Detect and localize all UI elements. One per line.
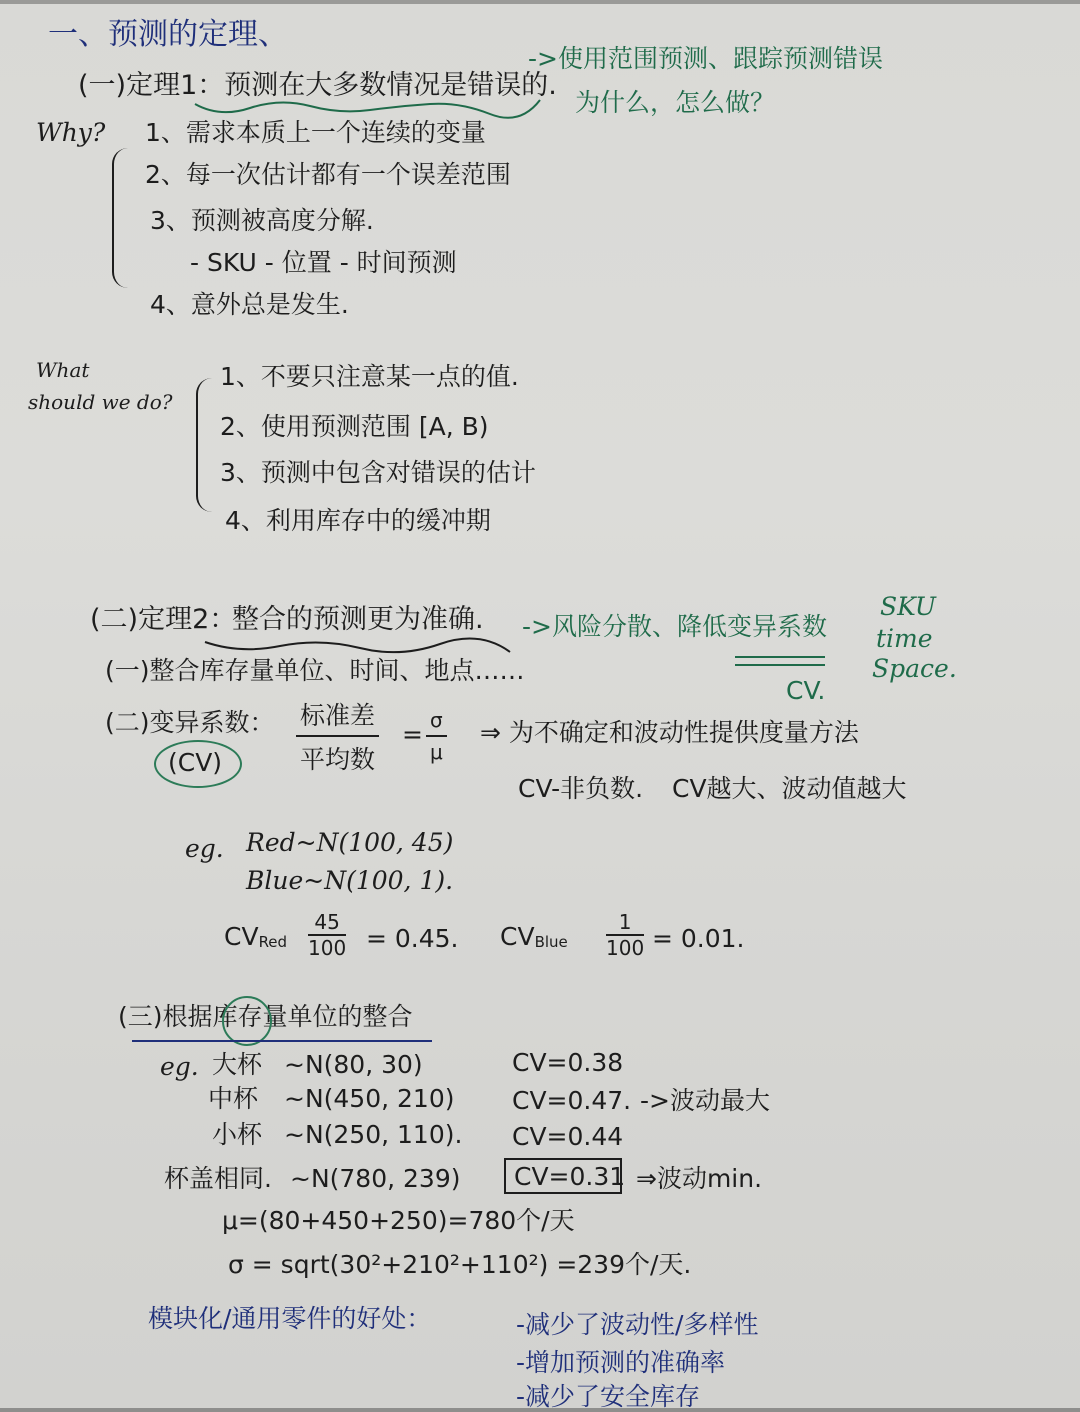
theorem2-main: 整合的预测更为准确. [232, 606, 484, 633]
dimension-sku: SKU [880, 594, 936, 619]
modular-benefit-1: -减少了波动性/多样性 [516, 1312, 758, 1337]
theorem1-side-note-2: 为什么，怎么做？ [575, 90, 775, 115]
modular-label: 模块化/通用零件的好处： [148, 1306, 431, 1331]
what-item-4: 4、利用库存中的缓冲期 [225, 508, 491, 533]
mu-calculation: μ=(80+450+250)=780个/天 [222, 1208, 575, 1233]
theorem2-side-note: ->风险分散、降低变异系数 [522, 614, 827, 639]
cup-medium-dist: ~N(450, 210) [284, 1086, 454, 1111]
what-label-line1: What [36, 360, 89, 380]
sub1-integrate: (一)整合库存量单位、时间、地点…… [105, 658, 525, 683]
why-label: Why? [36, 120, 105, 145]
sub3-circle-mark [222, 996, 272, 1046]
cup-large-dist: ~N(80, 30) [284, 1052, 423, 1077]
cv-note: CV. [786, 678, 825, 703]
paper-bottom-edge [0, 1408, 1080, 1412]
cv-note-larger: CV越大、波动值越大 [672, 776, 907, 801]
paper-top-edge [0, 0, 1080, 4]
theorem2-prefix: (二)定理2： [90, 606, 236, 633]
why-item-3: 3、预测被高度分解. [150, 208, 374, 233]
example-red: Red~N(100, 45) [246, 830, 453, 855]
cv-symbol-fraction: σ μ [426, 708, 447, 764]
example-prefix: eg. [185, 836, 224, 861]
cup-large-name: 大杯 [212, 1052, 262, 1077]
cv-red-label: CV [224, 922, 259, 951]
cup-small-dist: ~N(250, 110). [284, 1122, 462, 1147]
theorem1-side-note-1: ->使用范围预测、跟踪预测错误 [528, 46, 883, 71]
cv-red-calc: CVRed [224, 924, 287, 950]
cv-blue-result: = 0.01. [652, 926, 745, 951]
what-brace [196, 378, 212, 512]
cv-abbr: (CV) [168, 750, 222, 775]
why-item-2: 2、每一次估计都有一个误差范围 [145, 162, 511, 187]
cup-lid-cv: CV=0.31 [514, 1164, 625, 1189]
example-blue: Blue~N(100, 1). [246, 868, 453, 893]
cv-fraction: 标准差 平均数 [296, 696, 379, 776]
cup-medium-cv: CV=0.47. [512, 1088, 631, 1113]
side-note-underline-1 [735, 656, 825, 658]
what-item-3: 3、预测中包含对错误的估计 [220, 460, 536, 485]
cv-denominator: 平均数 [296, 737, 379, 776]
cv-blue-label: CV [500, 922, 535, 951]
theorem1-heading: (一)定理1：预测在大多数情况是错误的. [78, 72, 557, 99]
dimension-time: time [876, 626, 933, 651]
cv-mu: μ [426, 737, 447, 764]
why-brace [112, 148, 128, 288]
sub3-underline [132, 1040, 432, 1042]
cv-note-nonneg: CV-非负数. [518, 776, 643, 801]
cup-lid-name: 杯盖相同. [164, 1166, 272, 1191]
cv-red-sub: Red [259, 933, 288, 951]
cv-equals: = [402, 722, 423, 747]
what-item-2: 2、使用预测范围 [A, B) [220, 414, 489, 439]
section-title: 一、预测的定理、 [48, 20, 288, 50]
cup-lid-note: ⇒波动min. [636, 1166, 762, 1191]
cv-sigma: σ [426, 708, 447, 737]
what-item-1: 1、不要只注意某一点的值. [220, 364, 519, 389]
modular-benefit-3: -减少了安全库存 [516, 1384, 700, 1409]
cup-large-cv: CV=0.38 [512, 1050, 623, 1075]
why-item-3-detail: - SKU - 位置 - 时间预测 [190, 250, 457, 275]
cv-numerator: 标准差 [296, 696, 379, 737]
sigma-calculation: σ = sqrt(30²+210²+110²) =239个/天. [228, 1252, 691, 1277]
cv-blue-fraction: 1 100 [606, 912, 644, 958]
why-item-1: 1、需求本质上一个连续的变量 [145, 120, 486, 145]
side-note-underline-2 [735, 664, 825, 666]
why-item-4: 4、意外总是发生. [150, 292, 349, 317]
cup-small-cv: CV=0.44 [512, 1124, 623, 1149]
cup-medium-note: ->波动最大 [640, 1088, 770, 1113]
cv-red-fraction: 45 100 [308, 912, 346, 958]
theorem1-wavy-underline [190, 96, 550, 120]
cup-medium-name: 中杯 [208, 1086, 258, 1111]
cv-blue-num: 1 [606, 912, 644, 936]
sub3-prefix: eg. [160, 1054, 199, 1079]
cv-red-den: 100 [308, 936, 346, 958]
modular-benefit-2: -增加预测的准确率 [516, 1350, 725, 1375]
dimension-space: Space. [872, 656, 957, 681]
cv-red-num: 45 [308, 912, 346, 936]
cv-blue-sub: Blue [535, 933, 568, 951]
cup-small-name: 小杯 [212, 1122, 262, 1147]
what-label-line2: should we do? [28, 392, 173, 412]
cup-lid-dist: ~N(780, 239) [290, 1166, 460, 1191]
cv-blue-calc: CVBlue [500, 924, 568, 950]
cv-red-result: = 0.45. [366, 926, 459, 951]
cv-blue-den: 100 [606, 936, 644, 958]
cv-implies: ⇒ 为不确定和波动性提供度量方法 [480, 720, 859, 745]
sub2-label: (二)变异系数： [105, 710, 275, 735]
